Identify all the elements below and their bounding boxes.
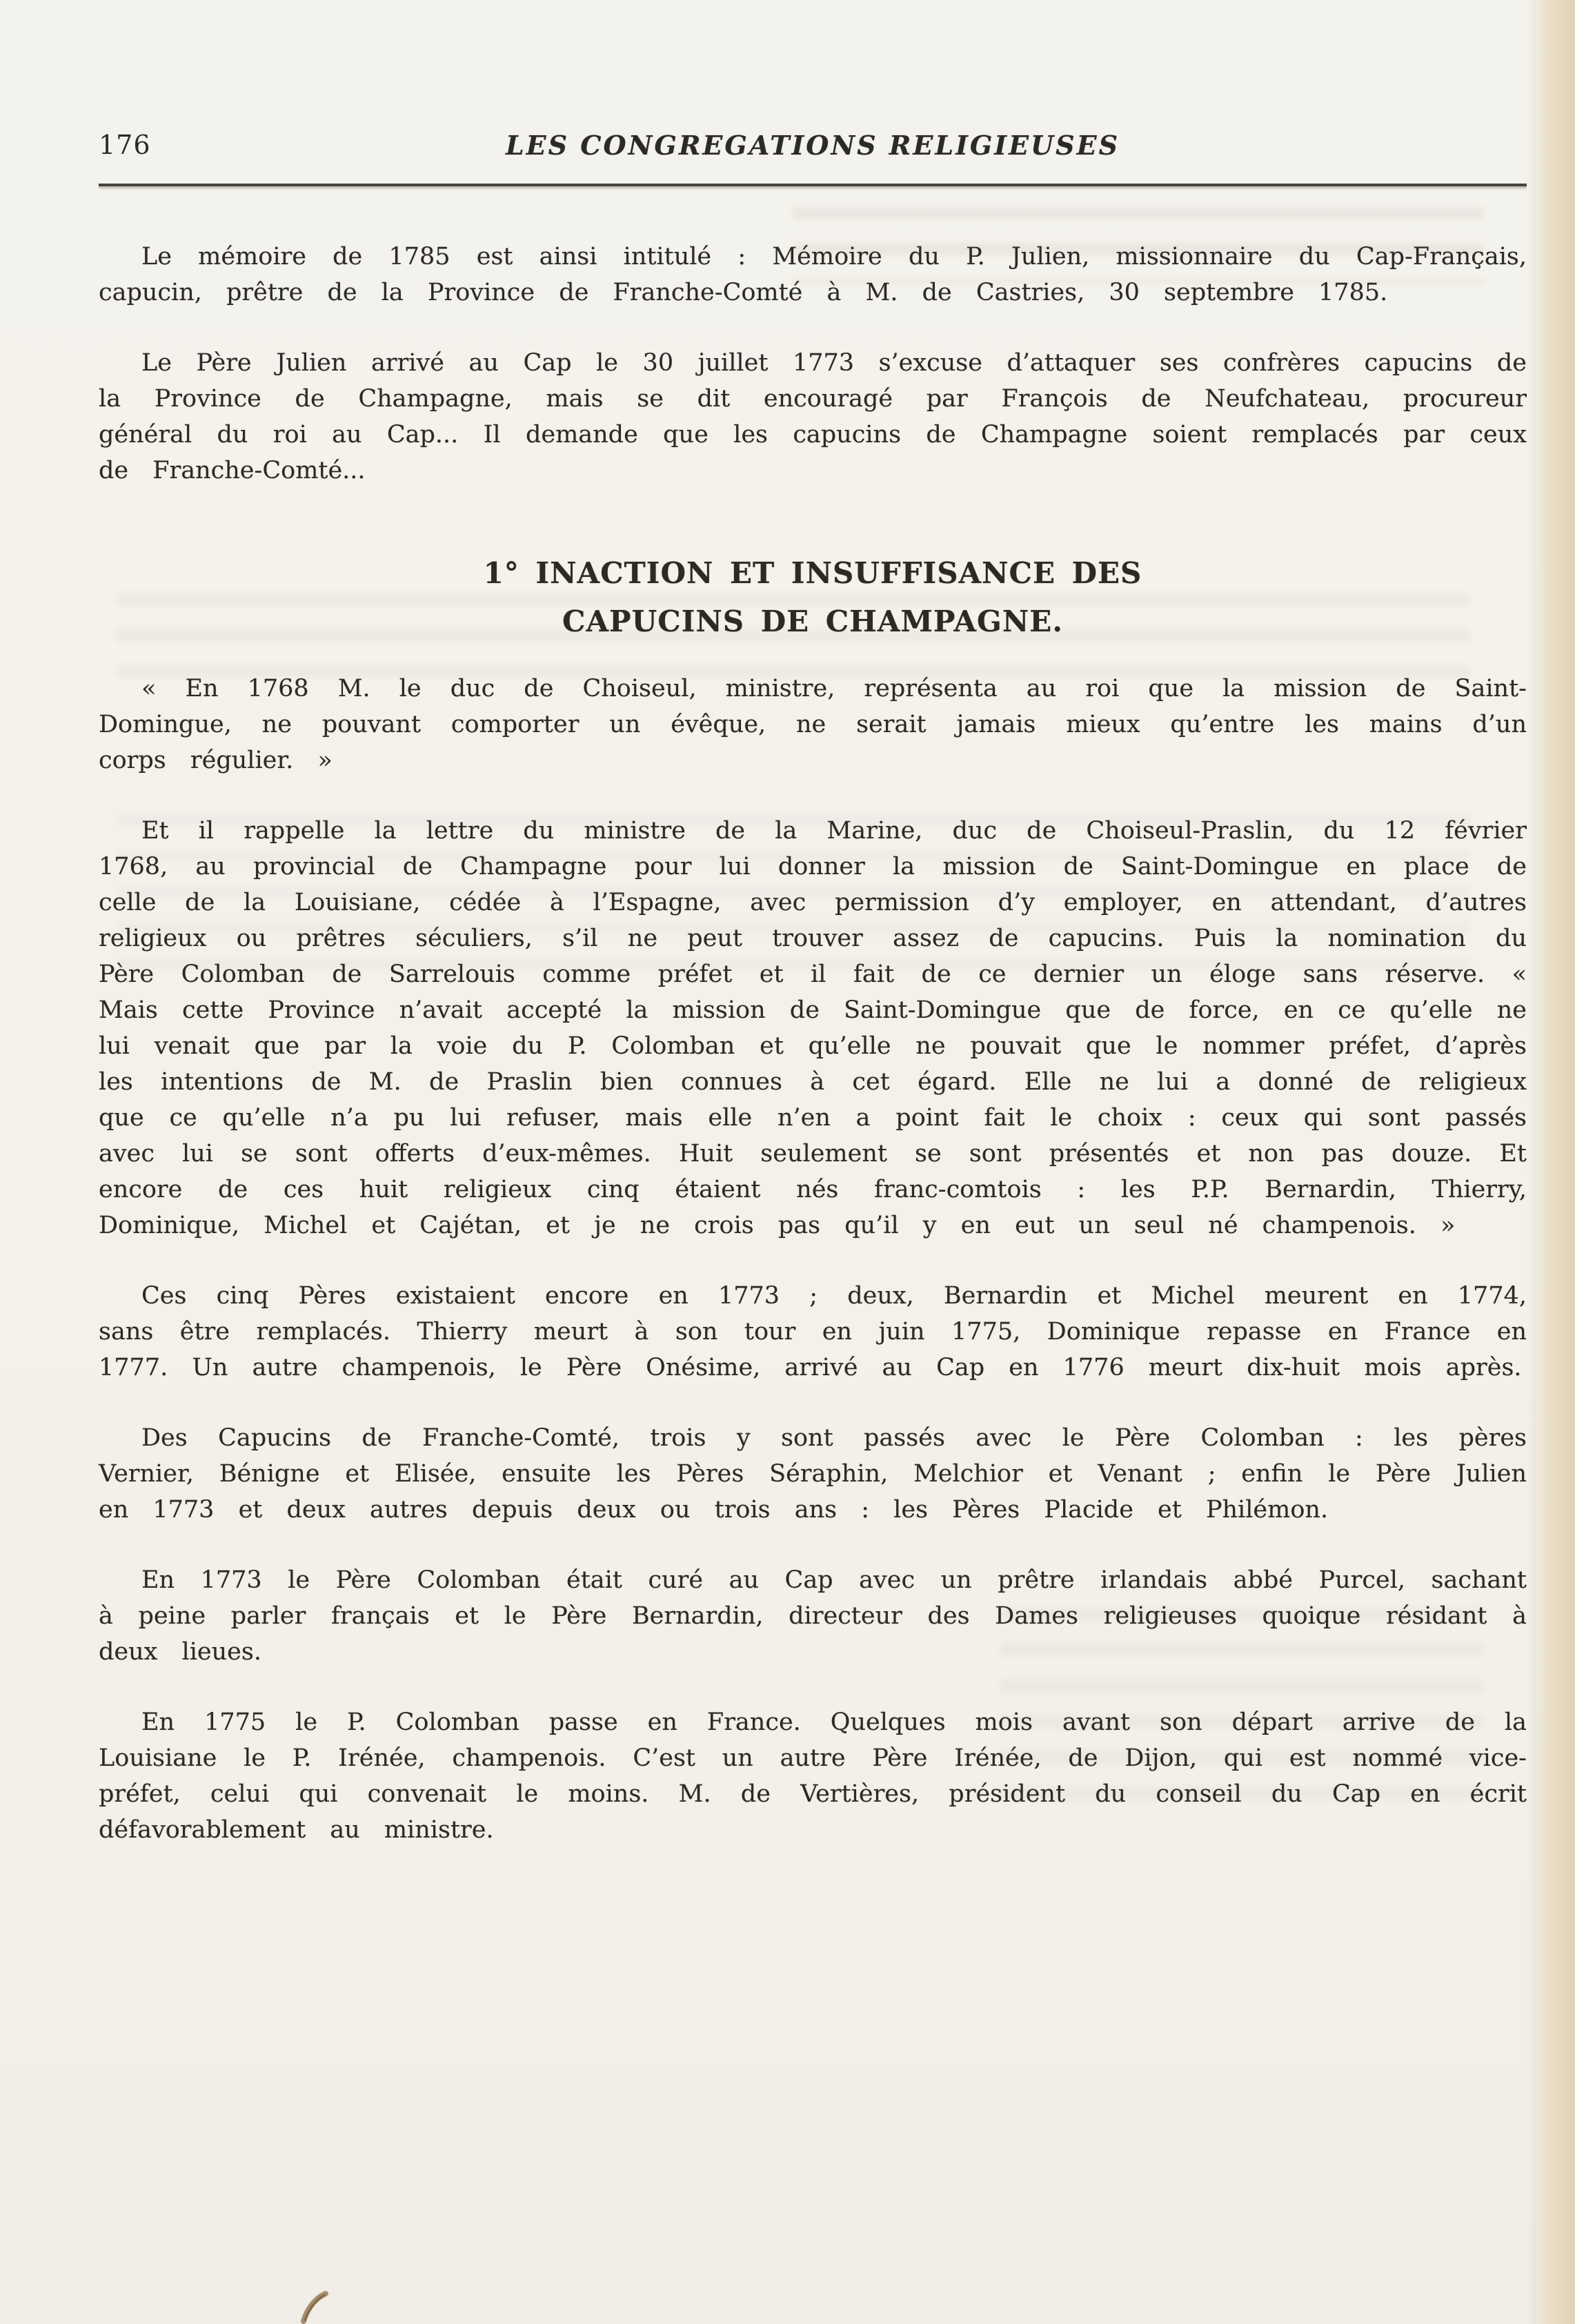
header-rule: [99, 184, 1527, 188]
section-heading: 1° INACTION ET INSUFFISANCE DES CAPUCINS…: [99, 549, 1527, 646]
body-text: Le mémoire de 1785 est ainsi intitulé : …: [99, 239, 1527, 1848]
section-heading-line1: 1° INACTION ET INSUFFISANCE DES: [99, 549, 1527, 598]
page-header: 176 LES CONGREGATIONS RELIGIEUSES: [99, 130, 1527, 166]
pen-mark: [298, 2288, 342, 2324]
page-number: 176: [99, 130, 151, 160]
page-edge: [1531, 0, 1575, 2324]
paragraph: « En 1768 M. le duc de Choiseul, ministr…: [99, 671, 1527, 778]
section-heading-line2: CAPUCINS DE CHAMPAGNE.: [99, 598, 1527, 646]
paragraph: Des Capucins de Franche-Comté, trois y s…: [99, 1420, 1527, 1528]
page-content: 176 LES CONGREGATIONS RELIGIEUSES Le mém…: [99, 130, 1527, 1882]
paragraph: En 1775 le P. Colomban passe en France. …: [99, 1704, 1527, 1848]
scanned-book-page: 176 LES CONGREGATIONS RELIGIEUSES Le mém…: [0, 0, 1575, 2324]
running-title: LES CONGREGATIONS RELIGIEUSES: [99, 130, 1527, 161]
paragraph: En 1773 le Père Colomban était curé au C…: [99, 1562, 1527, 1670]
paragraph: Ces cinq Pères existaient encore en 1773…: [99, 1278, 1527, 1386]
paragraph: Le Père Julien arrivé au Cap le 30 juill…: [99, 345, 1527, 489]
paragraph: Le mémoire de 1785 est ainsi intitulé : …: [99, 239, 1527, 311]
paragraph: Et il rappelle la lettre du ministre de …: [99, 813, 1527, 1243]
